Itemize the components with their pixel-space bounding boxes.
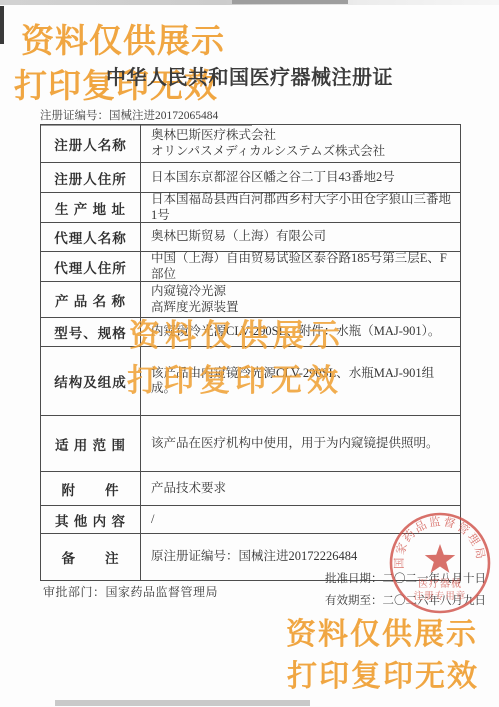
row-value: 日本国东京都涩谷区幡之谷二丁目43番地2号	[141, 163, 460, 192]
approve-date-line: 批准日期：二〇二一年八月十日	[325, 568, 486, 590]
scan-edge-bottom	[55, 700, 310, 706]
scan-edge-top-dark	[232, 0, 348, 4]
row-label: 型号、规格	[41, 318, 141, 346]
table-row-other: 其 他 内 容 /	[41, 505, 460, 533]
row-label: 生 产 地 址	[41, 193, 141, 222]
watermark-top-line1: 资料仅供展示	[21, 15, 225, 62]
row-label: 其 他 内 容	[41, 506, 141, 533]
date-block: 批准日期：二〇二一年八月十日 有效期至：二〇二六年八月九日	[325, 568, 486, 612]
approve-date-value: 二〇二一年八月十日	[383, 573, 487, 585]
certificate-title: 中华人民共和国医疗器械注册证	[0, 61, 499, 90]
table-row-production-address: 生 产 地 址 日本国福岛县西白河郡西乡村大字小田仓字狼山三番地1号	[41, 192, 460, 222]
row-value: 该产品在医疗机构中使用，用于为内窥镜提供照明。	[141, 416, 460, 471]
row-label: 产 品 名 称	[41, 282, 141, 317]
table-row-scope: 适 用 范 围 该产品在医疗机构中使用，用于为内窥镜提供照明。	[41, 415, 460, 471]
watermark-bottom-line1: 资料仅供展示	[286, 609, 478, 653]
row-label: 代理人名称	[41, 223, 141, 251]
watermark-middle-line1: 资料仅供展示	[129, 310, 345, 355]
table-row-attachment: 附 件 产品技术要求	[41, 471, 460, 505]
table-row-registrant-name: 注册人名称 奥林巴斯医疗株式会社 オリンパスメディカルシステムズ株式会社	[41, 125, 460, 162]
approval-department-value: 国家药品监督管理局	[106, 585, 219, 599]
row-label: 附 件	[41, 472, 141, 505]
row-value: 奥林巴斯医疗株式会社 オリンパスメディカルシステムズ株式会社	[141, 125, 460, 162]
table-row-registrant-address: 注册人住所 日本国东京都涩谷区幡之谷二丁目43番地2号	[41, 162, 460, 192]
row-label: 注册人名称	[41, 125, 141, 162]
valid-until-value: 二〇二六年八月九日	[383, 595, 487, 607]
row-value: 奥林巴斯贸易（上海）有限公司	[141, 223, 460, 251]
row-value: 日本国福岛县西白河郡西乡村大字小田仓字狼山三番地1号	[141, 193, 460, 222]
certificate-number-label: 注册证编号：	[40, 110, 109, 122]
approve-date-label: 批准日期：	[325, 573, 383, 585]
scan-edge-left	[0, 6, 4, 44]
watermark-middle-line2: 打印复印无效	[127, 355, 343, 400]
watermark-bottom-line2: 打印复印无效	[287, 651, 479, 695]
row-value: 中国（上海）自由贸易试验区泰谷路185号第三层E、F部位	[141, 252, 460, 281]
certificate-number-value: 国械注进20172065484	[109, 110, 218, 122]
table-row-agent-address: 代理人住所 中国（上海）自由贸易试验区泰谷路185号第三层E、F部位	[41, 251, 460, 281]
valid-until-label: 有效期至：	[325, 595, 383, 607]
row-value: /	[141, 506, 460, 533]
row-label: 注册人住所	[41, 163, 141, 192]
row-label: 适 用 范 围	[41, 416, 141, 471]
approval-department-label: 审批部门：	[43, 585, 106, 599]
certificate-page: 资料仅供展示 打印复印无效 中华人民共和国医疗器械注册证 注册证编号：国械注进2…	[0, 0, 499, 707]
table-row-agent-name: 代理人名称 奥林巴斯贸易（上海）有限公司	[41, 222, 460, 251]
row-label: 结构及组成	[41, 347, 141, 415]
row-label: 代理人住所	[41, 252, 141, 281]
row-label: 备 注	[41, 534, 141, 580]
row-value: 产品技术要求	[141, 472, 460, 505]
approval-department: 审批部门：国家药品监督管理局	[43, 583, 218, 600]
